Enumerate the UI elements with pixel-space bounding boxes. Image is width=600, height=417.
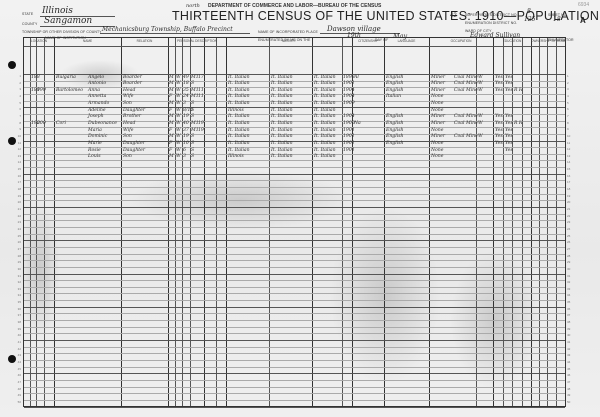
row-number: 23 [11,220,21,224]
row-number: 6 [567,107,577,111]
cell-birth: It. Italian [228,75,250,81]
cell-relation: Wife [123,94,134,100]
row-line [24,274,565,275]
row-number: 2 [11,81,21,85]
cell-birth: It. Italian [228,114,250,120]
row-number: 27 [567,247,577,251]
row-line [24,254,565,255]
cell-trade: Miner [431,121,445,127]
cell-trade: None [431,128,443,134]
cell-mother: It. Italian [314,75,336,81]
column-header-education: EDUCATION [493,39,531,43]
cell-surname: Bulgaria [56,75,76,81]
row-number: 31 [11,274,21,278]
cell-read: Yes [495,75,503,81]
row-number: 35 [11,300,21,304]
row-number: 20 [11,200,21,204]
row-line [24,220,565,221]
row-number: 32 [11,280,21,284]
cell-father: It. Italian [271,75,293,81]
row-number: 1 [11,74,21,78]
cell-own: R H [514,121,523,127]
row-number: 4 [11,94,21,98]
cell-emp: W [478,88,483,94]
row-number: 44 [11,360,21,364]
cell-birth: It. Italian [228,81,250,87]
punch-hole [8,61,16,69]
row-line [24,300,565,301]
cell-relation: Son [123,101,132,107]
row-number: 32 [567,280,577,284]
cell-relation: Wife [123,128,134,134]
stamp-number: 6934 [578,2,589,8]
cell-father: It. Italian [271,121,293,127]
row-line [24,267,565,268]
cell-marital: S [191,134,194,140]
row-number: 11 [11,141,21,145]
cell-father: It. Italian [271,148,293,154]
row-number: 3 [567,87,577,91]
cell-surname: Cori [56,121,66,127]
cell-race: W [176,94,181,100]
cell-trade: None [431,101,443,107]
cell-sex: M [169,134,174,140]
cell-birth: It. Italian [228,141,250,147]
row-number: 35 [567,300,577,304]
row-line [24,174,565,175]
row-number: 38 [567,320,577,324]
row-number: 31 [567,274,577,278]
cell-years: 11 [198,88,204,94]
cell-given: Adeline [88,108,106,114]
cell-relation: Daughter [123,148,145,154]
row-number: 30 [567,267,577,271]
cell-trade: None [431,141,443,147]
row-number: 29 [11,260,21,264]
row-line [24,340,565,341]
cell-age: 10 [183,141,189,147]
cell-write: Yes [505,88,513,94]
cell-imm: 1893 [343,75,355,81]
cell-trade: Miner [431,88,445,94]
cell-birth: Illinois [228,108,244,114]
cell-years: 11 [198,94,204,100]
state-value: Illinois [42,6,73,16]
cell-years: 19 [198,121,204,127]
row-line [24,127,565,128]
cell-emp: W [478,114,483,120]
cell-industry: Coal Mine [454,88,478,94]
cell-dwelling: 188 [31,75,40,81]
cell-write: Yes [505,121,513,127]
cell-mother: It. Italian [314,134,336,140]
row-line [24,373,565,374]
cell-write: Yes [505,134,513,140]
sheet-letter: A [580,16,586,25]
cell-industry: Coal Mine [454,81,478,87]
cell-lang: English [386,134,404,140]
row-line [24,214,565,215]
row-line [24,180,565,181]
row-number: 46 [11,373,21,377]
cell-mother: It. Italian [314,148,336,154]
cell-lang: English [386,75,404,81]
cell-mother: It. Italian [314,128,336,134]
column-header-personal: PERSONAL DESCRIPTION [168,39,226,43]
row-number: 44 [567,360,577,364]
cell-nat: Al [354,75,359,81]
row-line [24,240,565,241]
cell-imm: 1901 [343,128,355,134]
county-value: Sangamon [44,16,92,26]
cell-race: W [176,141,181,147]
cell-surname: Bartolomeo [56,88,83,94]
cell-marital: S [191,114,194,120]
row-number: 4 [567,94,577,98]
cell-read: Yes [495,114,503,120]
column-header-ownership: OWNERSHIP OF HOME [531,39,566,43]
cell-years: 17 [198,75,204,81]
cell-write: Yes [505,114,513,120]
cell-marital: S [191,141,194,147]
cell-relation: Daughter [123,108,145,114]
cell-lang: English [386,88,404,94]
row-number: 8 [11,121,21,125]
row-number: 33 [11,287,21,291]
row-line [24,313,565,314]
cell-trade: None [431,154,443,160]
row-line [24,207,565,208]
cell-imm: 1904 [343,94,355,100]
cell-birth: It. Italian [228,88,250,94]
supervisor-value: 8 [527,8,531,15]
cell-age: 18 [183,81,189,87]
row-number: 30 [11,267,21,271]
row-line [24,141,565,142]
header-divider [24,74,565,75]
row-number: 43 [11,353,21,357]
row-number: 13 [567,154,577,158]
row-number: 10 [11,134,21,138]
cell-sex: M [169,154,174,160]
row-line [24,307,565,308]
row-number: 12 [567,147,577,151]
cell-birth: Illinois [228,154,244,160]
cell-lang: English [386,121,404,127]
cell-sex: M [169,101,174,107]
row-number: 26 [11,240,21,244]
cell-father: It. Italian [271,128,293,134]
row-number: 24 [11,227,21,231]
cell-sex: F [169,94,172,100]
cell-write: Yes [505,148,513,154]
row-line [24,407,565,408]
cell-relation: Head [123,88,135,94]
cell-given: Dominic [88,134,107,140]
cell-race: W [176,108,181,114]
cell-read: Yes [495,128,503,134]
header-divider [24,46,565,47]
cell-write: Yes [505,81,513,87]
row-line [24,114,565,115]
cell-relation: Boarder [123,81,142,87]
cell-imm: 1901 [343,141,355,147]
row-number: 21 [567,207,577,211]
cell-age: 3 [183,101,186,107]
row-number: 37 [567,313,577,317]
cell-emp: W [478,121,483,127]
cell-sex: F [169,141,172,147]
cell-lang: Italian [386,94,401,100]
row-number: 33 [567,287,577,291]
cell-sex: M [169,114,174,120]
cell-mother: It. Italian [314,114,336,120]
column-header-occupation: OCCUPATION [429,39,493,43]
state-label: STATE [22,12,33,16]
cell-father: It. Italian [271,94,293,100]
column-header-location: LOCATION [24,39,54,43]
row-number: 34 [11,293,21,297]
cell-read: Yes [495,121,503,127]
cell-father: It. Italian [271,141,293,147]
cell-nat: Na [354,121,361,127]
cell-marital: S [191,148,194,154]
row-number: 48 [567,387,577,391]
row-number: 28 [567,254,577,258]
cell-given: Annetta [88,94,106,100]
row-number: 2 [567,81,577,85]
row-number: 47 [567,380,577,384]
row-number: 8 [567,121,577,125]
ward-label: WARD OF CITY [465,29,492,33]
row-number: 20 [567,200,577,204]
row-number: 40 [11,333,21,337]
row-line [24,280,565,281]
cell-given: Joseph [88,114,104,120]
row-number: 25 [567,234,577,238]
cell-mother: It. Italian [314,88,336,94]
cell-relation: Boarder [123,75,142,81]
cell-relation: Daughter [123,141,145,147]
row-line [24,154,565,155]
cell-trade: Miner [431,81,445,87]
cell-birth: It. Italian [228,121,250,127]
row-number: 6 [11,107,21,111]
cell-birth: It. Italian [228,101,250,107]
row-number: 40 [567,333,577,337]
row-number: 5 [11,101,21,105]
cell-sex: F [169,128,172,134]
row-line [24,160,565,161]
cell-industry: Coal Mine [454,114,478,120]
cell-age: 6 [183,148,186,154]
row-line [24,333,565,334]
cell-age: 35 [183,88,189,94]
cell-mother: It. Italian [314,121,336,127]
row-number: 38 [11,320,21,324]
cell-industry: Coal Mine [454,75,478,81]
cell-trade: Miner [431,114,445,120]
cell-mother: It. Italian [314,141,336,147]
row-number: 22 [567,214,577,218]
cell-industry: Coal Mine [454,121,478,127]
row-line [24,194,565,195]
column-header-relation: RELATION [121,39,168,43]
row-number: 29 [567,260,577,264]
cell-family: 200 [37,121,46,127]
row-number: 18 [11,187,21,191]
row-number: 36 [11,307,21,311]
township-underline [100,33,250,34]
cell-given: Maria [88,128,102,134]
row-line [24,387,565,388]
cell-marital: S [191,101,194,107]
row-line [24,347,565,348]
column-header-name: NAME [54,39,121,43]
cell-given: Antonio [88,81,106,87]
row-number: 9 [567,127,577,131]
cell-lang: English [386,114,404,120]
row-line [24,200,565,201]
cell-sex: M [169,75,174,81]
cell-father: It. Italian [271,101,293,107]
cell-write: Yes [505,141,513,147]
cell-years: 19 [198,128,204,134]
cell-imm: 1901 [343,148,355,154]
cell-write: Yes [505,128,513,134]
row-number: 37 [11,313,21,317]
row-number: 25 [11,234,21,238]
row-line [24,393,565,394]
cell-birth: It. Italian [228,134,250,140]
cell-own: R H [514,88,523,94]
row-number: 9 [11,127,21,131]
row-number: 43 [567,353,577,357]
cell-father: It. Italian [271,154,293,160]
row-number: 50 [11,400,21,404]
row-number: 47 [11,380,21,384]
row-number: 5 [567,101,577,105]
cell-given: Dubeonance [88,121,117,127]
cell-father: It. Italian [271,88,293,94]
cell-lang: English [386,81,404,87]
row-number: 36 [567,307,577,311]
census-sheet: STATE Illinois COUNTY Sangamon TOWNSHIP … [0,0,600,417]
row-line [24,227,565,228]
enumeration-label: ENUMERATION DISTRICT NO. [465,21,517,25]
cell-relation: Brother [123,114,141,120]
row-number: 14 [567,160,577,164]
row-number: 49 [11,393,21,397]
row-number: 39 [567,327,577,331]
cell-age: 49 [183,75,189,81]
row-line [24,400,565,401]
row-number: 23 [567,220,577,224]
incorporated-label: NAME OF INCORPORATED PLACE [258,30,318,34]
cell-race: W [176,128,181,134]
cell-imm: 1900 [343,121,355,127]
row-number: 3 [11,87,21,91]
cell-read: Yes [495,134,503,140]
cell-imm: 1901 [343,134,355,140]
row-line [24,167,565,168]
cell-relation: Son [123,134,132,140]
census-table: LOCATION NAME RELATION PERSONAL DESCRIPT… [23,37,566,407]
row-number: 39 [11,327,21,331]
row-number: 11 [567,141,577,145]
cell-trade: None [431,108,443,114]
cell-marital: S [191,154,194,160]
row-line [24,247,565,248]
row-line [24,287,565,288]
row-number: 24 [567,227,577,231]
row-number: 46 [567,373,577,377]
cell-given: Anna [88,88,100,94]
cell-age: 3 [183,154,186,160]
cell-given: Armando [88,101,109,107]
cell-sex: M [169,81,174,87]
cell-industry: Coal Mine [454,134,478,140]
row-number: 13 [11,154,21,158]
cell-race: W [176,101,181,107]
cell-family: 199 [37,88,46,94]
row-number: 42 [11,347,21,351]
row-number: 7 [11,114,21,118]
row-line [24,320,565,321]
cell-marital: S [191,81,194,87]
cell-age: 19 [183,114,189,120]
row-number: 49 [567,393,577,397]
cell-read: Yes [495,81,503,87]
row-number: 10 [567,134,577,138]
row-number: 42 [567,347,577,351]
cell-race: W [176,114,181,120]
cell-imm: 1904 [343,114,355,120]
cell-sex: M [169,121,174,127]
row-line [24,293,565,294]
cell-age: 37 [183,128,189,134]
cell-sex: F [169,148,172,154]
row-number: 7 [567,114,577,118]
row-number: 45 [11,367,21,371]
row-number: 15 [11,167,21,171]
row-number: 21 [11,207,21,211]
row-number: 41 [567,340,577,344]
cell-given: Rosie [88,148,101,154]
row-number: 34 [567,293,577,297]
row-number: 50 [567,400,577,404]
cell-race: W [176,134,181,140]
sheet-code: 42 [450,13,457,19]
cell-race: W [176,148,181,154]
cell-given: Marie [88,141,102,147]
cell-trade: Miner [431,75,445,81]
row-number: 41 [11,340,21,344]
row-number: 1 [567,74,577,78]
cell-mother: It. Italian [314,108,336,114]
row-line [24,353,565,354]
cell-relation: Head [123,121,135,127]
column-header-language: LANGUAGE [384,39,429,43]
cell-age: 19 [183,134,189,140]
cell-birth: It. Italian [228,148,250,154]
row-number: 28 [11,254,21,258]
cell-lang: English [386,141,404,147]
column-header-citizenship: CITIZENSHIP [352,39,384,43]
row-line [24,87,565,88]
cell-birth: It. Italian [228,128,250,134]
row-number: 19 [11,194,21,198]
